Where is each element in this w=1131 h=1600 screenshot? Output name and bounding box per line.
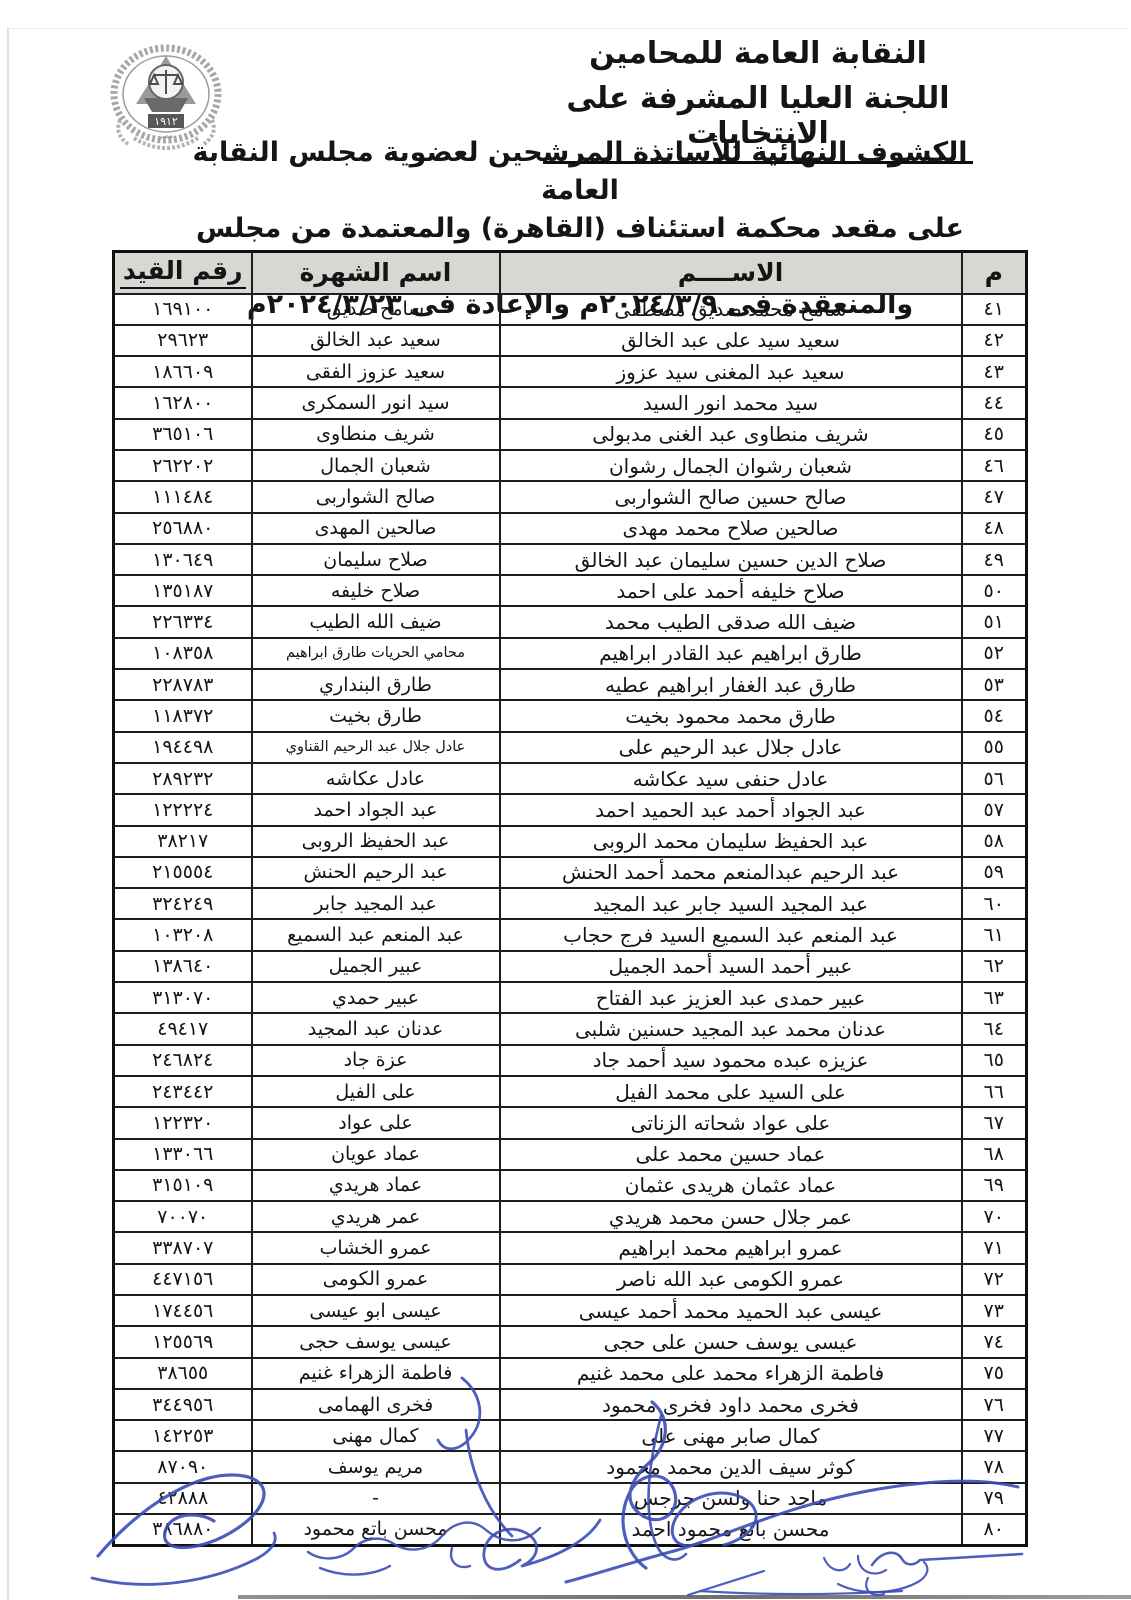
alias-cell: عبد الجواد احمد (252, 794, 500, 825)
table-row: ٧٤عيسى يوسف حسن على حجىعيسى يوسف حجى١٢٥٥… (114, 1326, 1027, 1357)
reg-cell: ٢٤٦٨٢٤ (114, 1045, 252, 1076)
reg-cell: ٢٦٢٢٠٢ (114, 450, 252, 481)
table-row: ٦٦على السيد على محمد الفيلعلى الفيل٢٤٣٤٤… (114, 1076, 1027, 1107)
table-row: ٦٣عبير حمدى عبد العزيز عبد الفتاحعبير حم… (114, 982, 1027, 1013)
reg-cell: ١٣٥١٨٧ (114, 575, 252, 606)
reg-cell: ١١٨٣٧٢ (114, 700, 252, 731)
table-row: ٤٤سيد محمد انور السيدسيد انور السمكرى١٦٢… (114, 387, 1027, 418)
reg-cell: ٢٨٩٢٣٢ (114, 763, 252, 794)
table-row: ٧٠عمر جلال حسن محمد هريديعمر هريدي٧٠٠٧٠ (114, 1201, 1027, 1232)
alias-cell: فاطمة الزهراء غنيم (252, 1358, 500, 1389)
table-row: ٤١سامح محمد صديق مصطفىسامح صديق١٦٩١٠٠ (114, 294, 1027, 325)
name-cell: عادل حنفى سيد عكاشه (500, 763, 962, 794)
serial-cell: ٧٩ (962, 1483, 1027, 1514)
alias-cell: عيسى يوسف حجى (252, 1326, 500, 1357)
name-cell: ضيف الله صدقى الطيب محمد (500, 606, 962, 637)
alias-cell: عمر هريدي (252, 1201, 500, 1232)
table-row: ٤٩صلاح الدين حسين سليمان عبد الخالقصلاح … (114, 544, 1027, 575)
name-cell: صالحين صلاح محمد مهدى (500, 513, 962, 544)
name-cell: كوثر سيف الدين محمد محمود (500, 1451, 962, 1482)
serial-cell: ٧٢ (962, 1264, 1027, 1295)
reg-cell: ١٢٢٢٢٤ (114, 794, 252, 825)
alias-cell: طارق بخيت (252, 700, 500, 731)
alias-cell: صلاح سليمان (252, 544, 500, 575)
name-cell: عبير أحمد السيد أحمد الجميل (500, 951, 962, 982)
table-row: ٥٩عبد الرحيم عبدالمنعم محمد أحمد الحنشعب… (114, 857, 1027, 888)
serial-cell: ٥٤ (962, 700, 1027, 731)
serial-cell: ٤٤ (962, 387, 1027, 418)
reg-cell: ٣٨٢١٧ (114, 826, 252, 857)
table-row: ٥٣طارق عبد الغفار ابراهيم عطيهطارق البند… (114, 669, 1027, 700)
table-row: ٦٩عماد عثمان هريدى عثمانعماد هريدي٣١٥١٠٩ (114, 1170, 1027, 1201)
serial-cell: ٧١ (962, 1232, 1027, 1263)
name-cell: طارق ابراهيم عبد القادر ابراهيم (500, 638, 962, 669)
alias-cell: على الفيل (252, 1076, 500, 1107)
serial-cell: ٦٢ (962, 951, 1027, 982)
reg-cell: ٣٨٦٥٥ (114, 1358, 252, 1389)
serial-cell: ٤٩ (962, 544, 1027, 575)
serial-cell: ٧٥ (962, 1358, 1027, 1389)
alias-cell: عبد الحفيظ الروبى (252, 826, 500, 857)
serial-cell: ٥٣ (962, 669, 1027, 700)
table-row: ٥٥عادل جلال عبد الرحيم علىعادل جلال عبد … (114, 732, 1027, 763)
alias-cell: عادل عكاشه (252, 763, 500, 794)
serial-cell: ٥١ (962, 606, 1027, 637)
alias-cell: عبد المنعم عبد السميع (252, 919, 500, 950)
name-cell: سيد محمد انور السيد (500, 387, 962, 418)
table-row: ٧٣عيسى عبد الحميد محمد أحمد عيسىعيسى ابو… (114, 1295, 1027, 1326)
alias-cell: صالحين المهدى (252, 513, 500, 544)
reg-cell: ١٩٤٤٩٨ (114, 732, 252, 763)
signature-stroke (824, 1556, 927, 1595)
serial-cell: ٥٥ (962, 732, 1027, 763)
reg-cell: ١١١٤٨٤ (114, 481, 252, 512)
name-cell: عبد المجيد السيد جابر عبد المجيد (500, 888, 962, 919)
table-row: ٤٦شعبان رشوان الجمال رشوانشعبان الجمال٢٦… (114, 450, 1027, 481)
scanned-document-page: ١٩١٢ مصر النقابة العامة للمحامين اللجنة … (0, 0, 1131, 1600)
alias-cell: عماد هريدي (252, 1170, 500, 1201)
reg-cell: ٢٥٦٨٨٠ (114, 513, 252, 544)
name-cell: عمرو ابراهيم محمد ابراهيم (500, 1232, 962, 1263)
name-cell: سعيد عبد المغنى سيد عزوز (500, 356, 962, 387)
serial-cell: ٦٥ (962, 1045, 1027, 1076)
table-row: ٤٧صالح حسين صالح الشواربىصالح الشواربى١١… (114, 481, 1027, 512)
table-body: ٤١سامح محمد صديق مصطفىسامح صديق١٦٩١٠٠٤٢س… (114, 294, 1027, 1546)
alias-cell: عمرو الخشاب (252, 1232, 500, 1263)
table-row: ٥٠صلاح خليفه أحمد على احمدصلاح خليفه١٣٥١… (114, 575, 1027, 606)
reg-cell: ٨٧٠٩٠ (114, 1451, 252, 1482)
reg-cell: ٣٨٦٨٨٠ (114, 1514, 252, 1545)
candidates-table: م الاســــم اسم الشهرة رقم القيد ٤١سامح … (112, 250, 1028, 1547)
scan-edge-top (7, 28, 1127, 29)
serial-cell: ٦٨ (962, 1139, 1027, 1170)
alias-cell: عمرو الكومى (252, 1264, 500, 1295)
serial-cell: ٧٣ (962, 1295, 1027, 1326)
table-row: ٧٧كمال صابر مهنى علىكمال مهنى١٤٢٢٥٣ (114, 1420, 1027, 1451)
table-row: ٥٦عادل حنفى سيد عكاشهعادل عكاشه٢٨٩٢٣٢ (114, 763, 1027, 794)
name-cell: عماد حسين محمد على (500, 1139, 962, 1170)
serial-cell: ٥٠ (962, 575, 1027, 606)
table-row: ٦٢عبير أحمد السيد أحمد الجميلعبير الجميل… (114, 951, 1027, 982)
table-row: ٨٠محسن باتع محمود احمدمحسن باتع محمود٣٨٦… (114, 1514, 1027, 1545)
name-cell: سامح محمد صديق مصطفى (500, 294, 962, 325)
alias-cell: شريف منطاوى (252, 419, 500, 450)
serial-cell: ٤١ (962, 294, 1027, 325)
name-cell: صلاح خليفه أحمد على احمد (500, 575, 962, 606)
serial-cell: ٧٤ (962, 1326, 1027, 1357)
alias-cell: سيد انور السمكرى (252, 387, 500, 418)
reg-cell: ٢٤٣٤٤٢ (114, 1076, 252, 1107)
serial-cell: ٤٣ (962, 356, 1027, 387)
name-cell: عبد المنعم عبد السميع السيد فرج حجاب (500, 919, 962, 950)
reg-cell: ٣٣٨٧٠٧ (114, 1232, 252, 1263)
table-row: ٦٤عدنان محمد عبد المجيد حسنين شلبىعدنان … (114, 1013, 1027, 1044)
reg-cell: ٣١٥١٠٩ (114, 1170, 252, 1201)
serial-cell: ٦٠ (962, 888, 1027, 919)
reg-cell: ١٦٩١٠٠ (114, 294, 252, 325)
next-table-cut-edge (238, 1595, 1131, 1599)
name-cell: شعبان رشوان الجمال رشوان (500, 450, 962, 481)
name-cell: فاطمة الزهراء محمد على محمد غنيم (500, 1358, 962, 1389)
alias-cell: محامي الحريات طارق ابراهيم (252, 638, 500, 669)
name-cell: عزيزه عبده محمود سيد أحمد جاد (500, 1045, 962, 1076)
name-cell: محسن باتع محمود احمد (500, 1514, 962, 1545)
table-row: ٥٤طارق محمد محمود بخيتطارق بخيت١١٨٣٧٢ (114, 700, 1027, 731)
alias-cell: سعيد عزوز الفقى (252, 356, 500, 387)
reg-cell: ٣٦٥١٠٦ (114, 419, 252, 450)
name-cell: شريف منطاوى عبد الغنى مدبولى (500, 419, 962, 450)
table-row: ٥٢طارق ابراهيم عبد القادر ابراهيممحامي ا… (114, 638, 1027, 669)
serial-cell: ٥٢ (962, 638, 1027, 669)
table-row: ٧٩ماجد حنا ولسن جرجس-٤٢٨٨٨ (114, 1483, 1027, 1514)
name-cell: عمرو الكومى عبد الله ناصر (500, 1264, 962, 1295)
name-cell: عبد الحفيظ سليمان محمد الروبى (500, 826, 962, 857)
title-line-1: الكشوف النهائية للأساتذة المرشحين لعضوية… (170, 134, 990, 210)
serial-cell: ٦١ (962, 919, 1027, 950)
alias-cell: عدنان عبد المجيد (252, 1013, 500, 1044)
alias-cell: ضيف الله الطيب (252, 606, 500, 637)
reg-column-header-text: رقم القيد (120, 256, 246, 289)
serial-cell: ٨٠ (962, 1514, 1027, 1545)
alias-cell: عبد المجيد جابر (252, 888, 500, 919)
seal-base (144, 98, 188, 112)
reg-cell: ٣١٣٠٧٠ (114, 982, 252, 1013)
name-cell: كمال صابر مهنى على (500, 1420, 962, 1451)
seal-year: ١٩١٢ (154, 115, 178, 128)
serial-cell: ٤٧ (962, 481, 1027, 512)
alias-cell: عبد الرحيم الحنش (252, 857, 500, 888)
reg-cell: ١٨٦٦٠٩ (114, 356, 252, 387)
alias-cell: عزة جاد (252, 1045, 500, 1076)
serial-cell: ٧٦ (962, 1389, 1027, 1420)
alias-cell: مريم يوسف (252, 1451, 500, 1482)
name-cell: عيسى يوسف حسن على حجى (500, 1326, 962, 1357)
name-cell: على عواد شحاته الزناتى (500, 1107, 962, 1138)
table-row: ٦٨عماد حسين محمد علىعماد عويان١٣٣٠٦٦ (114, 1139, 1027, 1170)
serial-column-header: م (962, 252, 1027, 294)
table-row: ٦٧على عواد شحاته الزناتىعلى عواد١٢٢٣٢٠ (114, 1107, 1027, 1138)
reg-cell: ٢٢٦٣٣٤ (114, 606, 252, 637)
name-cell: على السيد على محمد الفيل (500, 1076, 962, 1107)
name-cell: عبد الجواد أحمد عبد الحميد احمد (500, 794, 962, 825)
name-cell: عبير حمدى عبد العزيز عبد الفتاح (500, 982, 962, 1013)
reg-cell: ١٤٢٢٥٣ (114, 1420, 252, 1451)
serial-cell: ٧٧ (962, 1420, 1027, 1451)
reg-cell: ٣٤٤٩٥٦ (114, 1389, 252, 1420)
name-cell: طارق عبد الغفار ابراهيم عطيه (500, 669, 962, 700)
serial-cell: ٤٨ (962, 513, 1027, 544)
serial-cell: ٥٨ (962, 826, 1027, 857)
alias-cell: سامح صديق (252, 294, 500, 325)
name-cell: سعيد سيد على عبد الخالق (500, 325, 962, 356)
alias-cell: فخرى الهمامى (252, 1389, 500, 1420)
reg-cell: ٢١٥٥٥٤ (114, 857, 252, 888)
name-cell: فخرى محمد داود فخرى محمود (500, 1389, 962, 1420)
alias-cell: عبير حمدي (252, 982, 500, 1013)
name-cell: عادل جلال عبد الرحيم على (500, 732, 962, 763)
serial-cell: ٤٢ (962, 325, 1027, 356)
scan-edge-left (7, 28, 9, 1600)
table-row: ٥٨عبد الحفيظ سليمان محمد الروبىعبد الحفي… (114, 826, 1027, 857)
table-row: ٦٠عبد المجيد السيد جابر عبد المجيدعبد ال… (114, 888, 1027, 919)
table-header-row: م الاســــم اسم الشهرة رقم القيد (114, 252, 1027, 294)
alias-cell: سعيد عبد الخالق (252, 325, 500, 356)
table-row: ٤٢سعيد سيد على عبد الخالقسعيد عبد الخالق… (114, 325, 1027, 356)
signature-stroke (872, 1553, 1022, 1565)
table-row: ٤٨صالحين صلاح محمد مهدىصالحين المهدى٢٥٦٨… (114, 513, 1027, 544)
table-row: ٧٥فاطمة الزهراء محمد على محمد غنيمفاطمة … (114, 1358, 1027, 1389)
name-cell: عبد الرحيم عبدالمنعم محمد أحمد الحنش (500, 857, 962, 888)
name-cell: عمر جلال حسن محمد هريدي (500, 1201, 962, 1232)
serial-cell: ٧٨ (962, 1451, 1027, 1482)
org-name: النقابة العامة للمحامين (543, 36, 973, 71)
table-row: ٧١عمرو ابراهيم محمد ابراهيمعمرو الخشاب٣٣… (114, 1232, 1027, 1263)
reg-cell: ٧٠٠٧٠ (114, 1201, 252, 1232)
table-row: ٦٥عزيزه عبده محمود سيد أحمد جادعزة جاد٢٤… (114, 1045, 1027, 1076)
reg-cell: ٤٢٨٨٨ (114, 1483, 252, 1514)
alias-cell: كمال مهنى (252, 1420, 500, 1451)
reg-cell: ١٦٢٨٠٠ (114, 387, 252, 418)
serial-cell: ٦٤ (962, 1013, 1027, 1044)
serial-cell: ٥٦ (962, 763, 1027, 794)
serial-cell: ٦٦ (962, 1076, 1027, 1107)
name-cell: عماد عثمان هريدى عثمان (500, 1170, 962, 1201)
serial-cell: ٥٧ (962, 794, 1027, 825)
reg-cell: ٤٩٤١٧ (114, 1013, 252, 1044)
reg-cell: ١٣٠٦٤٩ (114, 544, 252, 575)
reg-cell: ١٣٨٦٤٠ (114, 951, 252, 982)
serial-cell: ٦٩ (962, 1170, 1027, 1201)
alias-cell: عماد عويان (252, 1139, 500, 1170)
alias-cell: طارق البنداري (252, 669, 500, 700)
table-row: ٥١ضيف الله صدقى الطيب محمدضيف الله الطيب… (114, 606, 1027, 637)
reg-cell: ١٠٨٣٥٨ (114, 638, 252, 669)
table-row: ٦١عبد المنعم عبد السميع السيد فرج حجابعب… (114, 919, 1027, 950)
reg-cell: ١٢٢٣٢٠ (114, 1107, 252, 1138)
alias-cell: محسن باتع محمود (252, 1514, 500, 1545)
table-row: ٧٦فخرى محمد داود فخرى محمودفخرى الهمامى٣… (114, 1389, 1027, 1420)
alias-cell: على عواد (252, 1107, 500, 1138)
serial-cell: ٧٠ (962, 1201, 1027, 1232)
reg-cell: ٤٤٧١٥٦ (114, 1264, 252, 1295)
serial-cell: ٦٧ (962, 1107, 1027, 1138)
reg-cell: ١٣٣٠٦٦ (114, 1139, 252, 1170)
name-cell: صلاح الدين حسين سليمان عبد الخالق (500, 544, 962, 575)
name-cell: طارق محمد محمود بخيت (500, 700, 962, 731)
alias-cell: عيسى ابو عيسى (252, 1295, 500, 1326)
serial-cell: ٦٣ (962, 982, 1027, 1013)
table-row: ٤٣سعيد عبد المغنى سيد عزوزسعيد عزوز الفق… (114, 356, 1027, 387)
reg-cell: ٢٩٦٢٣ (114, 325, 252, 356)
alias-cell: صالح الشواربى (252, 481, 500, 512)
alias-cell: عبير الجميل (252, 951, 500, 982)
name-column-header: الاســــم (500, 252, 962, 294)
reg-cell: ١٢٥٥٦٩ (114, 1326, 252, 1357)
serial-cell: ٤٦ (962, 450, 1027, 481)
name-cell: صالح حسين صالح الشواربى (500, 481, 962, 512)
alias-cell: - (252, 1483, 500, 1514)
table-row: ٥٧عبد الجواد أحمد عبد الحميد احمدعبد الج… (114, 794, 1027, 825)
name-cell: ماجد حنا ولسن جرجس (500, 1483, 962, 1514)
serial-cell: ٤٥ (962, 419, 1027, 450)
alias-column-header: اسم الشهرة (252, 252, 500, 294)
reg-cell: ١٧٤٤٥٦ (114, 1295, 252, 1326)
reg-cell: ١٠٣٢٠٨ (114, 919, 252, 950)
table-row: ٧٨كوثر سيف الدين محمد محمودمريم يوسف٨٧٠٩… (114, 1451, 1027, 1482)
serial-cell: ٥٩ (962, 857, 1027, 888)
name-cell: عيسى عبد الحميد محمد أحمد عيسى (500, 1295, 962, 1326)
name-cell: عدنان محمد عبد المجيد حسنين شلبى (500, 1013, 962, 1044)
reg-cell: ٢٢٨٧٨٣ (114, 669, 252, 700)
alias-cell: صلاح خليفه (252, 575, 500, 606)
alias-cell: عادل جلال عبد الرحيم القناوي (252, 732, 500, 763)
table-row: ٧٢عمرو الكومى عبد الله ناصرعمرو الكومى٤٤… (114, 1264, 1027, 1295)
table-row: ٤٥شريف منطاوى عبد الغنى مدبولىشريف منطاو… (114, 419, 1027, 450)
alias-cell: شعبان الجمال (252, 450, 500, 481)
signature-stroke (688, 1571, 902, 1595)
reg-column-header: رقم القيد (114, 252, 252, 294)
reg-cell: ٣٢٤٢٤٩ (114, 888, 252, 919)
